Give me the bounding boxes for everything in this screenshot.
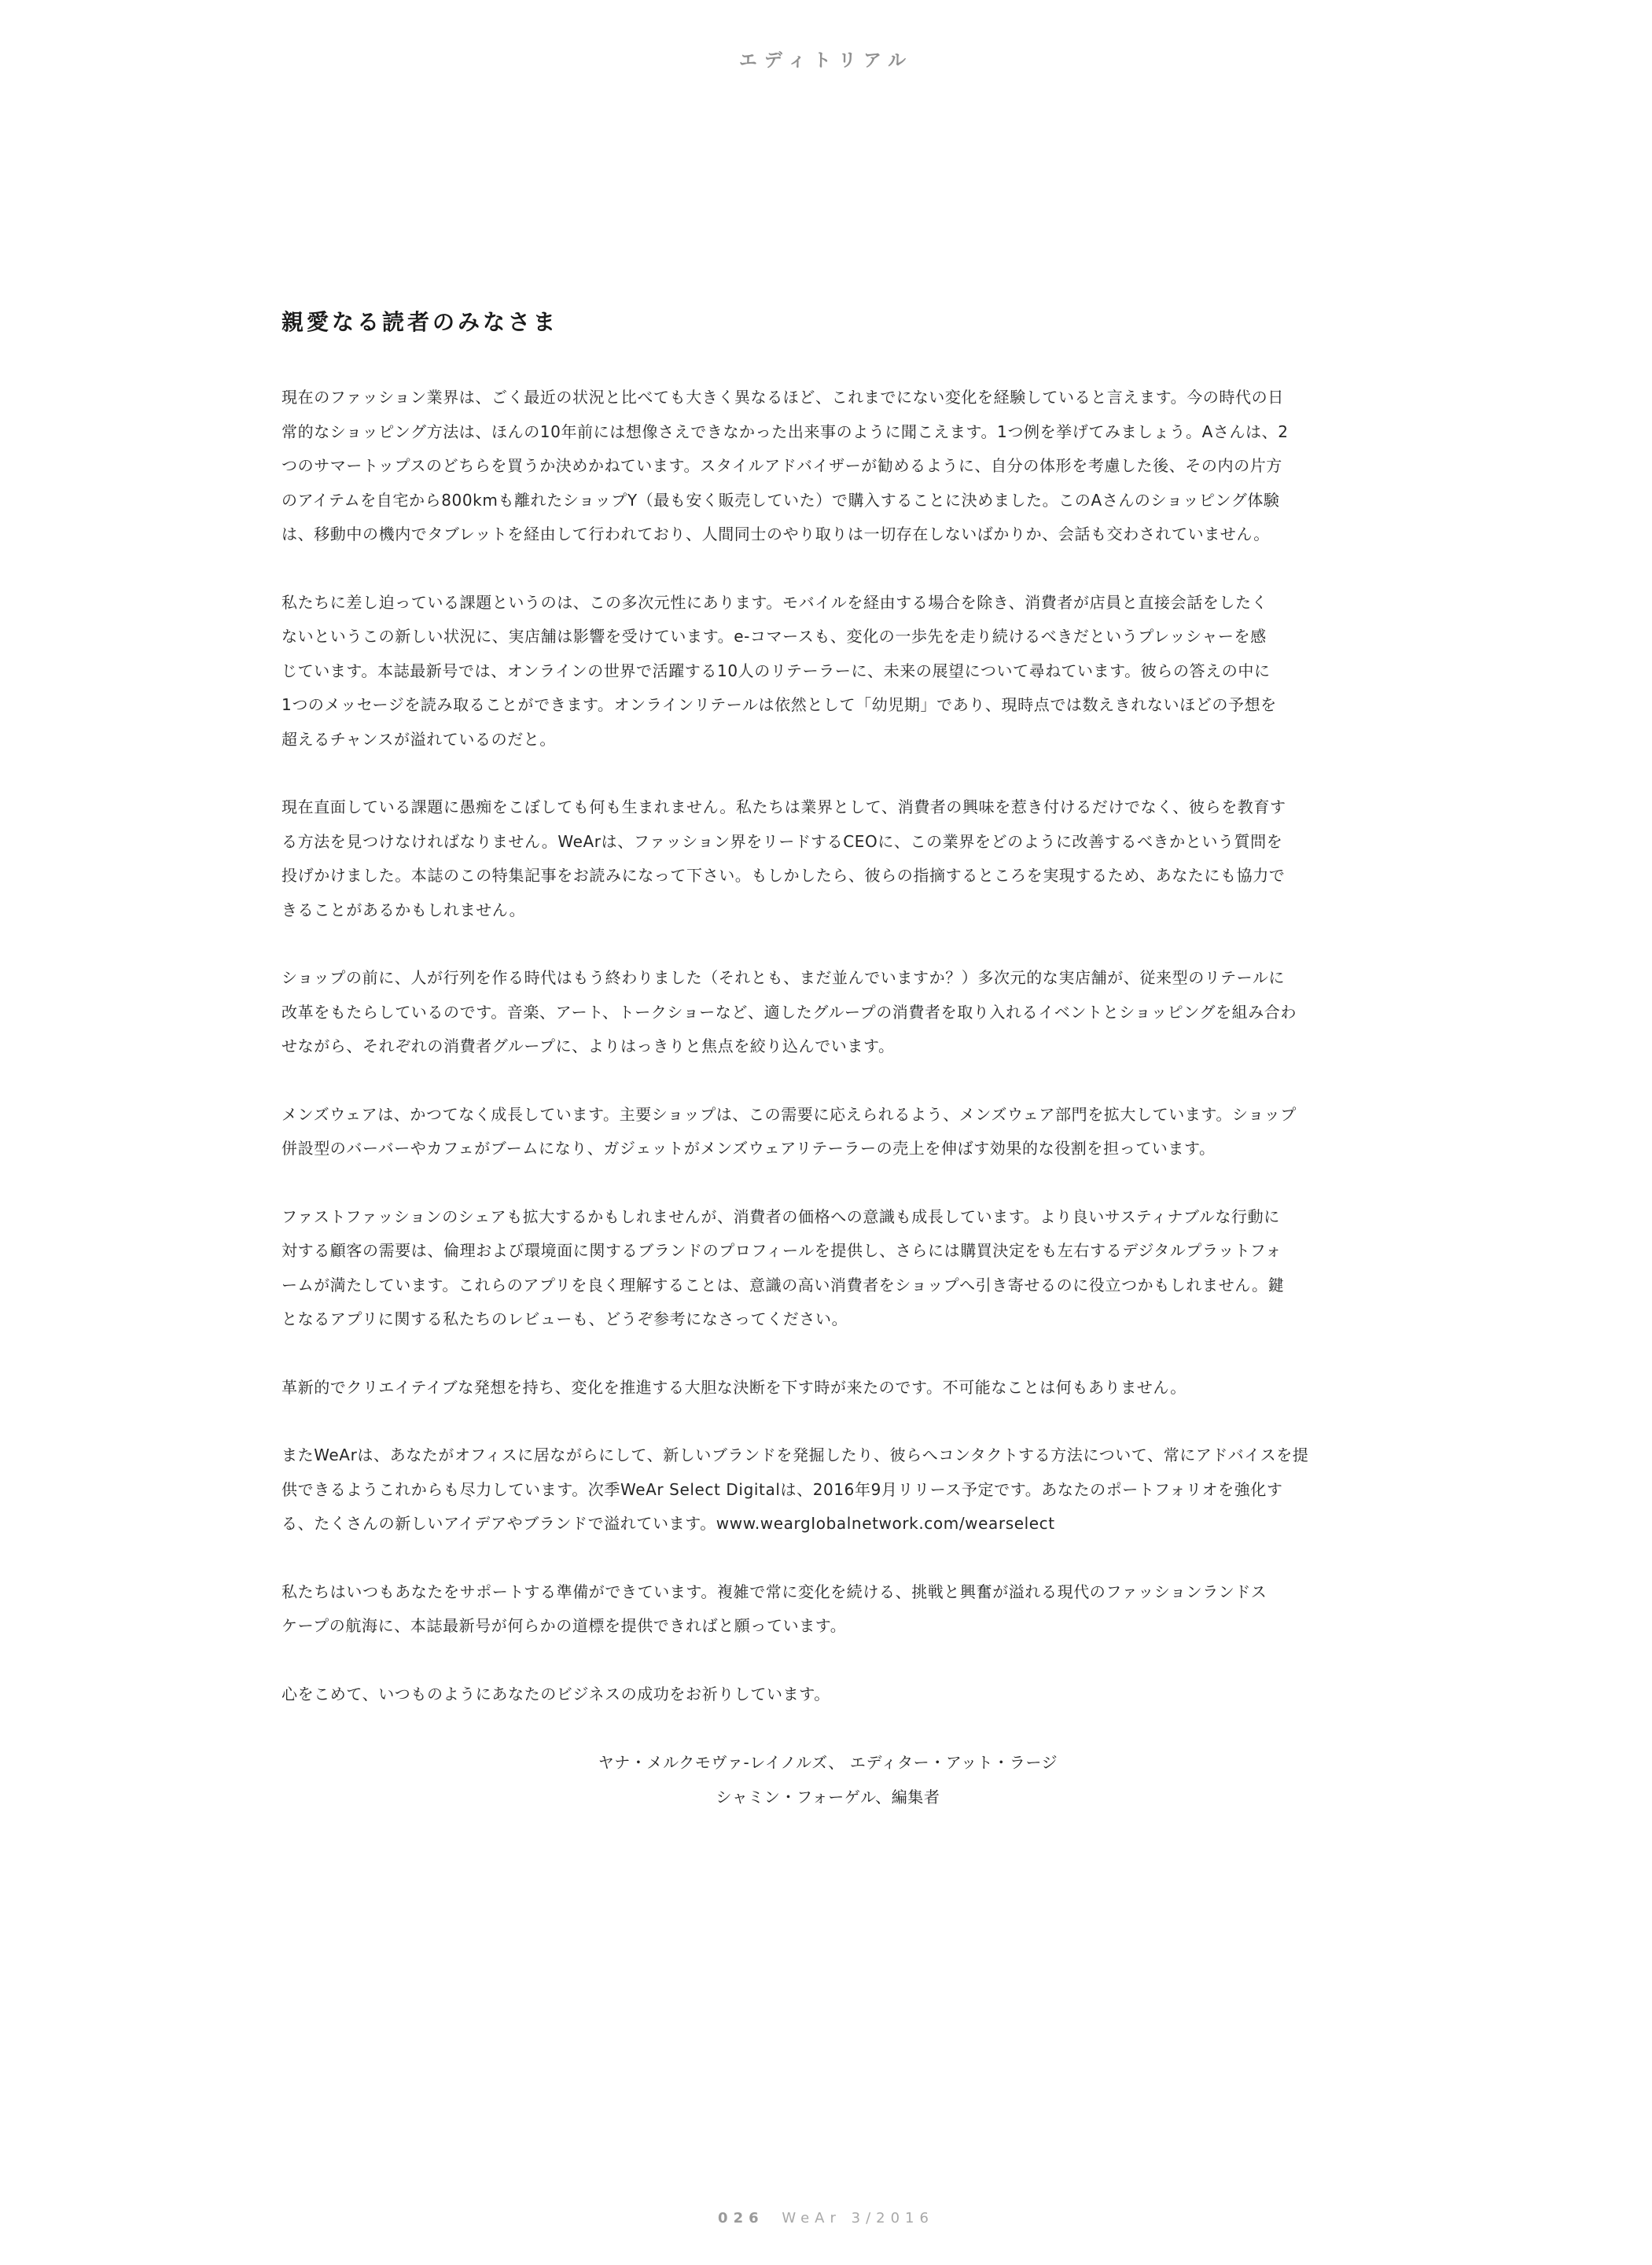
page-number: 026 <box>718 2210 764 2226</box>
paragraph: 現在のファッション業界は、ごく最近の状況と比べても大きく異なるほど、これまでにな… <box>281 381 1374 552</box>
paragraph: 現在直面している課題に愚痴をこぼしても何も生まれません。私たちは業界として、消費… <box>281 790 1374 927</box>
paragraph: メンズウェアは、かつてなく成長しています。主要ショップは、この需要に応えられるよ… <box>281 1098 1374 1166</box>
text-line: 供できるようこれからも尽力しています。次季WeAr Select Digital… <box>281 1473 1374 1508</box>
text-line: ファストファッションのシェアも拡大するかもしれませんが、消費者の価格への意識も成… <box>281 1200 1374 1235</box>
signature-block: ヤナ・メルクモヴァ-レイノルズ、 エディター・アット・ラージ シャミン・フォーゲ… <box>281 1745 1374 1814</box>
text-line: 現在のファッション業界は、ごく最近の状況と比べても大きく異なるほど、これまでにな… <box>281 381 1374 415</box>
text-line: つのサマートップスのどちらを買うか決めかねています。スタイルアドバイザーが勧める… <box>281 449 1374 484</box>
text-line-with-url: る、たくさんの新しいアイデアやブランドで溢れています。www.weargIoba… <box>281 1507 1374 1541</box>
letter-greeting: 親愛なる読者のみなさま <box>281 308 1374 337</box>
paragraph: 私たちはいつもあなたをサポートする準備ができています。複雑で常に変化を続ける、挑… <box>281 1575 1374 1644</box>
text-line: ームが満たしています。これらのアプリを良く理解することは、意識の高い消費者をショ… <box>281 1269 1374 1303</box>
paragraph: 私たちに差し迫っている課題というのは、この多次元性にあります。モバイルを経由する… <box>281 586 1374 757</box>
paragraph: 革新的でクリエイテイブな発想を持ち、変化を推進する大胆な決断を下す時が来たのです… <box>281 1371 1374 1405</box>
signature-editor: シャミン・フォーゲル、編集者 <box>281 1780 1374 1814</box>
section-label: エディトリアル <box>0 46 1652 72</box>
text-line: 私たちに差し迫っている課題というのは、この多次元性にあります。モバイルを経由する… <box>281 586 1374 621</box>
text-line: 1つのメッセージを読み取ることができます。オンラインリテールは依然として「幼児期… <box>281 688 1374 723</box>
text-line: 心をこめて、いつものようにあなたのビジネスの成功をお祈りしています。 <box>281 1678 1374 1712</box>
text-line: る方法を見つけなければなりません。WeArは、ファッション界をリードするCEOに… <box>281 825 1374 860</box>
closing-paragraph: 心をこめて、いつものようにあなたのビジネスの成功をお祈りしています。 <box>281 1678 1374 1712</box>
paragraph: またWeArは、あなたがオフィスに居ながらにして、新しいブランドを発掘したり、彼… <box>281 1438 1374 1541</box>
publication-issue: WeAr 3/2016 <box>782 2210 934 2226</box>
text-line: 超えるチャンスが溢れているのだと。 <box>281 723 1374 757</box>
text-line: きることがあるかもしれません。 <box>281 893 1374 928</box>
text-line: 私たちはいつもあなたをサポートする準備ができています。複雑で常に変化を続ける、挑… <box>281 1575 1374 1610</box>
paragraph: ファストファッションのシェアも拡大するかもしれませんが、消費者の価格への意識も成… <box>281 1200 1374 1337</box>
text-line: ケープの航海に、本誌最新号が何らかの道標を提供できればと願っています。 <box>281 1609 1374 1644</box>
text-line: ないというこの新しい状況に、実店舗は影響を受けています。e-コマースも、変化の一… <box>281 620 1374 654</box>
signature-editor-at-large: ヤナ・メルクモヴァ-レイノルズ、 エディター・アット・ラージ <box>281 1745 1374 1780</box>
page-footer: 026 WeAr 3/2016 <box>0 2210 1652 2226</box>
text-line: 現在直面している課題に愚痴をこぼしても何も生まれません。私たちは業界として、消費… <box>281 790 1374 825</box>
text-line: は、移動中の機内でタブレットを経由して行われており、人間同士のやり取りは一切存在… <box>281 517 1374 552</box>
text-line: のアイテムを自宅から800kmも離れたショップY（最も安く販売していた）で購入す… <box>281 484 1374 518</box>
text-line: またWeArは、あなたがオフィスに居ながらにして、新しいブランドを発掘したり、彼… <box>281 1438 1374 1473</box>
text-line: 対する顧客の需要は、倫理および環境面に関するブランドのプロフィールを提供し、さら… <box>281 1234 1374 1269</box>
text-line: メンズウェアは、かつてなく成長しています。主要ショップは、この需要に応えられるよ… <box>281 1098 1374 1132</box>
text-line: 併設型のバーバーやカフェがブームになり、ガジェットがメンズウェアリテーラーの売上… <box>281 1132 1374 1166</box>
text-line: 革新的でクリエイテイブな発想を持ち、変化を推進する大胆な決断を下す時が来たのです… <box>281 1371 1374 1405</box>
text-line: 投げかけました。本誌のこの特集記事をお読みになって下さい。もしかしたら、彼らの指… <box>281 859 1374 893</box>
paragraph: ショップの前に、人が行列を作る時代はもう終わりました（それとも、まだ並んでいます… <box>281 961 1374 1064</box>
editorial-letter: 親愛なる読者のみなさま 現在のファッション業界は、ごく最近の状況と比べても大きく… <box>281 308 1374 1814</box>
text-line: ショップの前に、人が行列を作る時代はもう終わりました（それとも、まだ並んでいます… <box>281 961 1374 996</box>
text-line: 常的なショッピング方法は、ほんの10年前には想像さえできなかった出来事のように聞… <box>281 415 1374 450</box>
text-line: 改革をもたらしているのです。音楽、アート、トークショーなど、適したグループの消費… <box>281 996 1374 1030</box>
text-line: じています。本誌最新号では、オンラインの世界で活躍する10人のリテーラーに、未来… <box>281 654 1374 689</box>
text-line: となるアプリに関する私たちのレビューも、どうぞ参考になさってください。 <box>281 1302 1374 1337</box>
text-line: せながら、それぞれの消費者グループに、よりはっきりと焦点を絞り込んでいます。 <box>281 1029 1374 1064</box>
